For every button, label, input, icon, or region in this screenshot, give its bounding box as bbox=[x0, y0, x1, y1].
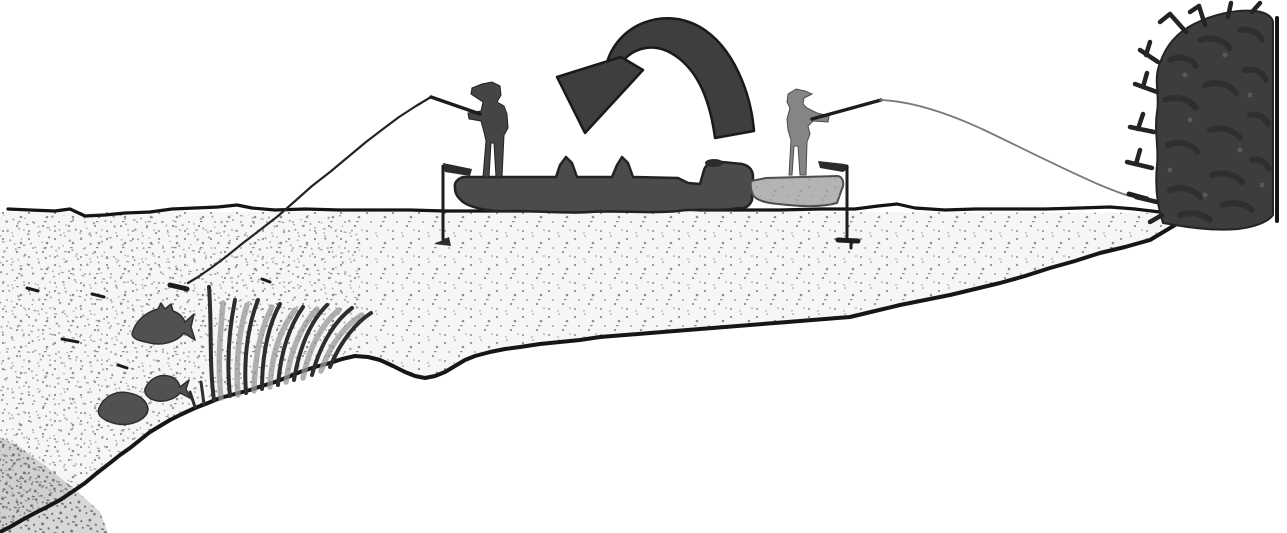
rotation-arrow-head bbox=[557, 57, 643, 133]
angler-left bbox=[468, 82, 508, 177]
jon-boat-texture bbox=[751, 176, 844, 206]
motor-head-right bbox=[818, 161, 849, 172]
fishing-rod-left bbox=[431, 97, 480, 114]
bush-mass bbox=[1156, 11, 1273, 230]
rotation-arrow bbox=[557, 18, 754, 138]
fishing-line-right bbox=[880, 100, 1130, 196]
motor-head-left bbox=[443, 163, 472, 176]
shore-bush bbox=[1127, 3, 1277, 230]
illustration-canvas bbox=[0, 0, 1287, 533]
fishing-line-right-group bbox=[880, 100, 1147, 199]
underwater-bank bbox=[0, 212, 1188, 533]
outboard-motor-cap bbox=[705, 159, 723, 167]
fishing-rod-right bbox=[812, 100, 881, 119]
motor-foot-right bbox=[838, 240, 858, 241]
sketch-svg bbox=[0, 0, 1287, 533]
